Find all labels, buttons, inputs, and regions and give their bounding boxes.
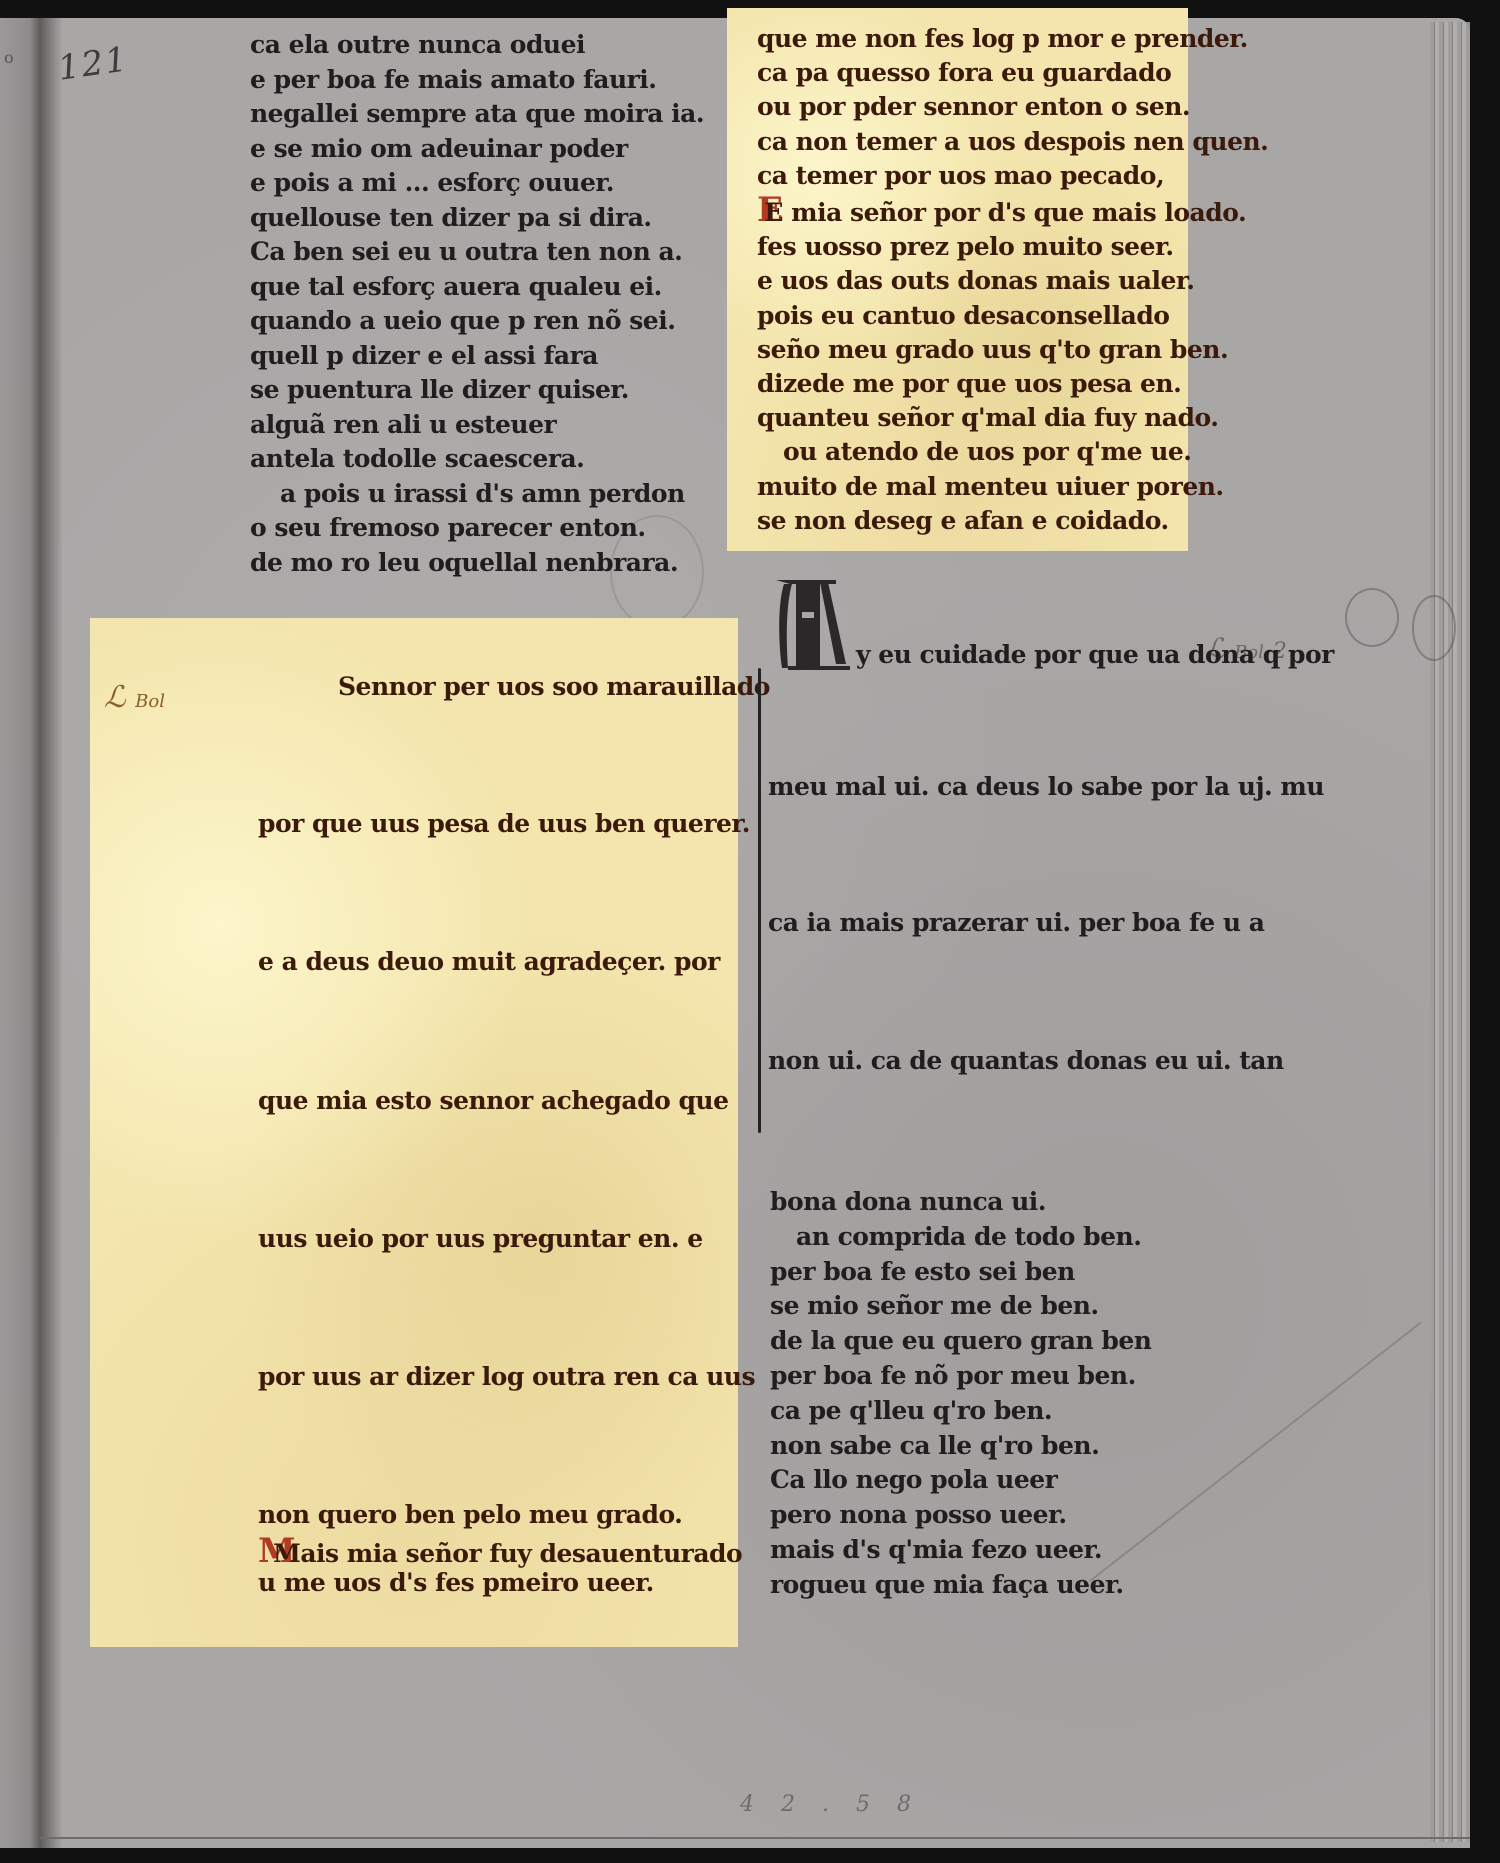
- text-line: non sabe ca lle q'ro ben.: [770, 1429, 1151, 1464]
- text-line: per boa fe nõ por meu ben.: [770, 1359, 1151, 1394]
- text-line: se non deseg e afan e coidado.: [757, 504, 1268, 538]
- text-line: e se mio om adeuinar poder: [250, 132, 704, 167]
- text-line: Ca llo nego pola ueer: [770, 1463, 1151, 1498]
- text-line: a pois u irassi d's amn perdon: [250, 477, 704, 512]
- text-line: quanteu señor q'mal dia fuy nado.: [757, 401, 1268, 435]
- text-line: negallei sempre ata que moira ia.: [250, 97, 704, 132]
- text-line: que tal esforç auera qualeu ei.: [250, 270, 704, 305]
- text-line: quell p dizer e el assi fara: [250, 339, 704, 374]
- text-line: ca pe q'lleu q'ro ben.: [770, 1394, 1151, 1429]
- text-line: EE mia señor por d's que mais loado.: [757, 193, 1268, 230]
- text-line: Ca ben sei eu u outra ten non a.: [250, 235, 704, 270]
- text-line: muito de mal menteu uiuer poren.: [757, 470, 1268, 504]
- text-line: por que uus pesa de uus ben querer.: [258, 809, 750, 838]
- text-line: ou por pder sennor enton o sen.: [757, 90, 1268, 124]
- text-line: non quero ben pelo meu grado.: [258, 1500, 682, 1529]
- pencil-sketch-circle: [1412, 595, 1456, 661]
- margin-mark: o: [4, 48, 14, 67]
- text-line: non ui. ca de quantas donas eu ui. tan: [768, 1046, 1284, 1075]
- parchment-patch-left: [90, 618, 738, 1647]
- text-line: se mio señor me de ben.: [770, 1289, 1151, 1324]
- text-line: o seu fremoso parecer enton.: [250, 511, 704, 546]
- text-line: quellouse ten dizer pa si dira.: [250, 201, 704, 236]
- text-line: por uus ar dizer log outra ren ca uus: [258, 1362, 755, 1391]
- text-line: ou atendo de uos por q'me ue.: [757, 435, 1268, 469]
- text-line: u me uos d's fes pmeiro ueer.: [258, 1568, 654, 1597]
- text-line: mais d's q'mia fezo ueer.: [770, 1533, 1151, 1568]
- text-line: e uos das outs donas mais ualer.: [757, 264, 1268, 298]
- binding-gutter: [0, 18, 62, 1848]
- text-line: pero nona posso ueer.: [770, 1498, 1151, 1533]
- text-line: uus ueio por uus preguntar en. e: [258, 1224, 703, 1253]
- text-line: rogueu que mia faça ueer.: [770, 1568, 1151, 1603]
- text-line: ca ela outre nunca oduei: [250, 28, 704, 63]
- text-line: an comprida de todo ben.: [770, 1220, 1151, 1255]
- pencil-sketch-circle: [1345, 588, 1399, 647]
- page-edges: [1430, 22, 1470, 1842]
- page-bottom-edge: [40, 1837, 1470, 1845]
- marginal-note-left: ℒ Bol: [104, 680, 165, 715]
- text-line: e per boa fe mais amato fauri.: [250, 63, 704, 98]
- text-line: seño meu grado uus q'to gran ben.: [757, 333, 1268, 367]
- text-line: se puentura lle dizer quiser.: [250, 373, 704, 408]
- text-line: pois eu cantuo desaconsellado: [757, 299, 1268, 333]
- left-column-text: ca ela outre nunca oduei e per boa fe ma…: [250, 28, 704, 580]
- text-line: meu mal ui. ca deus lo sabe por la uj. m…: [768, 772, 1324, 801]
- text-line: MMais mia señor fuy desauenturado: [258, 1534, 742, 1568]
- top-patch-text: que me non fes log p mor e prender. ca p…: [757, 22, 1268, 538]
- text-line: ca pa quesso fora eu guardado: [757, 56, 1268, 90]
- text-line: alguã ren ali u esteuer: [250, 408, 704, 443]
- text-line: Sennor per uos soo marauillado: [338, 672, 770, 701]
- text-line: per boa fe esto sei ben: [770, 1255, 1151, 1290]
- text-line: y eu cuidade por que ua dona q por: [856, 640, 1334, 669]
- text-line: de mo ro leu oquellal nenbrara.: [250, 546, 704, 581]
- text-line: ca ia mais prazerar ui. per boa fe u a: [768, 908, 1265, 937]
- text-line: quando a ueio que p ren nõ sei.: [250, 304, 704, 339]
- shelfmark-pencil-note: 4 2 . 5 8: [740, 1792, 921, 1817]
- text-line: e a deus deuo muit agradeçer. por: [258, 947, 720, 976]
- text-line: que mia esto sennor achegado que: [258, 1086, 729, 1115]
- text-line: fes uosso prez pelo muito seer.: [757, 230, 1268, 264]
- text-line: bona dona nunca ui.: [770, 1185, 1151, 1220]
- right-lower-text: bona dona nunca ui. an comprida de todo …: [770, 1185, 1151, 1603]
- text-line: dizede me por que uos pesa en.: [757, 367, 1268, 401]
- text-line: antela todolle scaescera.: [250, 442, 704, 477]
- text-line: ca non temer a uos despois nen quen.: [757, 125, 1268, 159]
- decorated-initial-A-icon: [770, 572, 854, 672]
- staff-vertical-line: [758, 668, 761, 1133]
- text-line: que me non fes log p mor e prender.: [757, 22, 1268, 56]
- text-line: e pois a mi ... esforç ouuer.: [250, 166, 704, 201]
- text-line: de la que eu quero gran ben: [770, 1324, 1151, 1359]
- text-line: ca temer por uos mao pecado,: [757, 159, 1268, 193]
